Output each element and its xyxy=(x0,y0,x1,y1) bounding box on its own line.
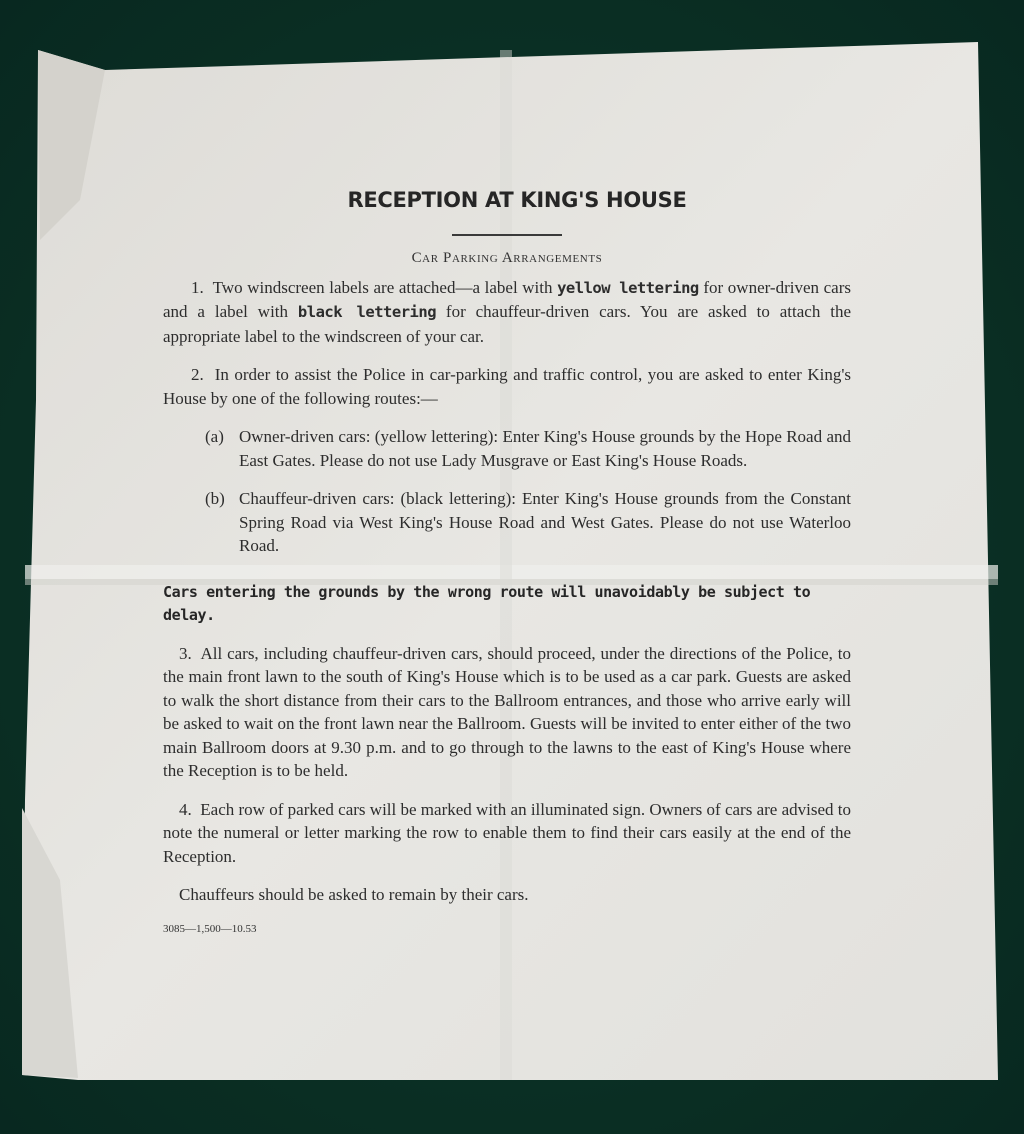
paragraph-2-text: In order to assist the Police in car-par… xyxy=(163,365,851,408)
document-title: RECEPTION AT KING'S HOUSE xyxy=(173,188,861,212)
route-a-label: (a) xyxy=(205,425,239,472)
black-lettering-emphasis: black lettering xyxy=(298,303,436,321)
paragraph-1: 1. Two windscreen labels are attached—a … xyxy=(163,276,851,349)
route-a: (a) Owner-driven cars: (yellow lettering… xyxy=(163,425,851,472)
paragraph-1-text: Two windscreen labels are attached—a lab… xyxy=(213,278,557,297)
paragraph-4-text: Each row of parked cars will be marked w… xyxy=(163,800,851,866)
title-divider xyxy=(452,234,562,236)
yellow-lettering-emphasis: yellow lettering xyxy=(557,279,699,297)
paragraph-2: 2. In order to assist the Police in car-… xyxy=(163,363,851,410)
route-b: (b) Chauffeur-driven cars: (black letter… xyxy=(163,487,851,558)
route-b-label: (b) xyxy=(205,487,239,558)
print-code: 3085—1,500—10.53 xyxy=(163,923,851,935)
document-body: RECEPTION AT KING'S HOUSE Car Parking Ar… xyxy=(163,180,851,935)
route-b-text: Chauffeur-driven cars: (black lettering)… xyxy=(239,487,851,558)
paragraph-3-text: All cars, including chauffeur-driven car… xyxy=(163,644,851,781)
paragraph-4: 4. Each row of parked cars will be marke… xyxy=(163,798,851,869)
closing-note: Chauffeurs should be asked to remain by … xyxy=(163,883,851,907)
route-a-text: Owner-driven cars: (yellow lettering): E… xyxy=(239,425,851,472)
wrong-route-warning: Cars entering the grounds by the wrong r… xyxy=(163,581,851,627)
paragraph-4-number: 4. xyxy=(179,800,192,819)
paragraph-2-number: 2. xyxy=(191,365,204,384)
paragraph-1-number: 1. xyxy=(191,278,204,297)
paragraph-3-number: 3. xyxy=(179,644,192,663)
document-subtitle: Car Parking Arrangements xyxy=(163,250,851,267)
paragraph-3: 3. All cars, including chauffeur-driven … xyxy=(163,642,851,783)
